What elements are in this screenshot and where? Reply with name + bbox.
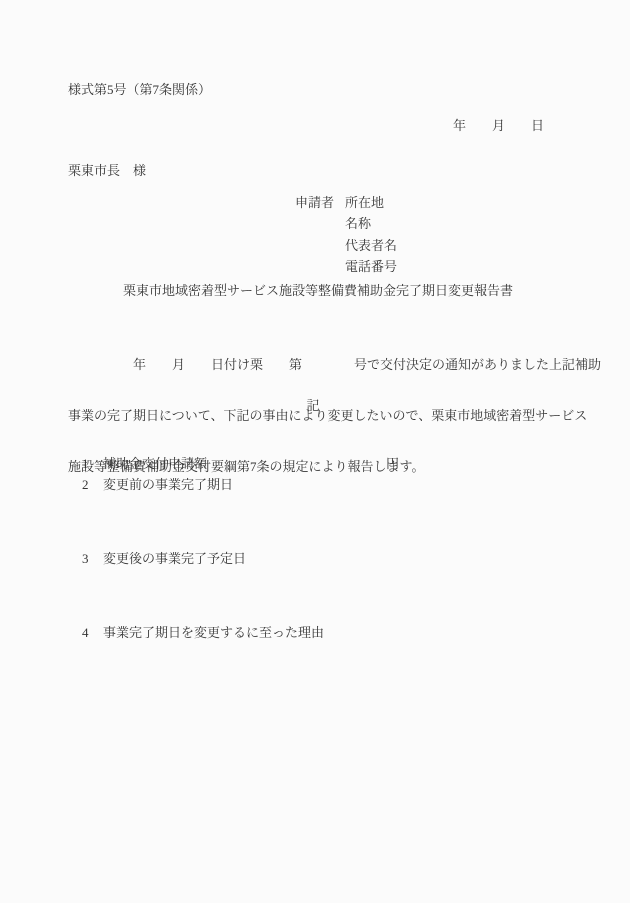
item-label: 事業完了期日を変更するに至った理由 [103,626,324,641]
item-number: 1 [82,457,89,472]
item-number: 3 [82,552,89,567]
addressee: 栗東市長 様 [68,164,146,179]
item-label: 補助金交付申請額 [103,457,207,472]
date-line: 年 月 日 [453,119,544,134]
applicant-field-name: 名称 [345,217,371,232]
applicant-field-address: 所在地 [345,196,384,211]
applicant-field-phone: 電話番号 [345,260,397,275]
form-number: 様式第5号（第7条関係） [68,83,211,98]
body-line-1: 年 月 日付け栗 第 号で交付決定の通知がありました上記補助 [68,354,578,375]
document-page: 様式第5号（第7条関係） 年 月 日 栗東市長 様 申請者 所在地 名称 代表者… [0,0,630,903]
item-label: 変更前の事業完了期日 [103,478,233,493]
ki-section-label: 記 [68,399,558,414]
item-label: 変更後の事業完了予定日 [103,552,246,567]
item-number: 2 [82,478,89,493]
item-unit-yen: 円 [386,457,399,472]
applicant-field-representative: 代表者名 [345,239,397,254]
item-number: 4 [82,626,89,641]
applicant-label: 申請者 [295,196,334,211]
document-title: 栗東市地域密着型サービス施設等整備費補助金完了期日変更報告書 [68,284,568,299]
